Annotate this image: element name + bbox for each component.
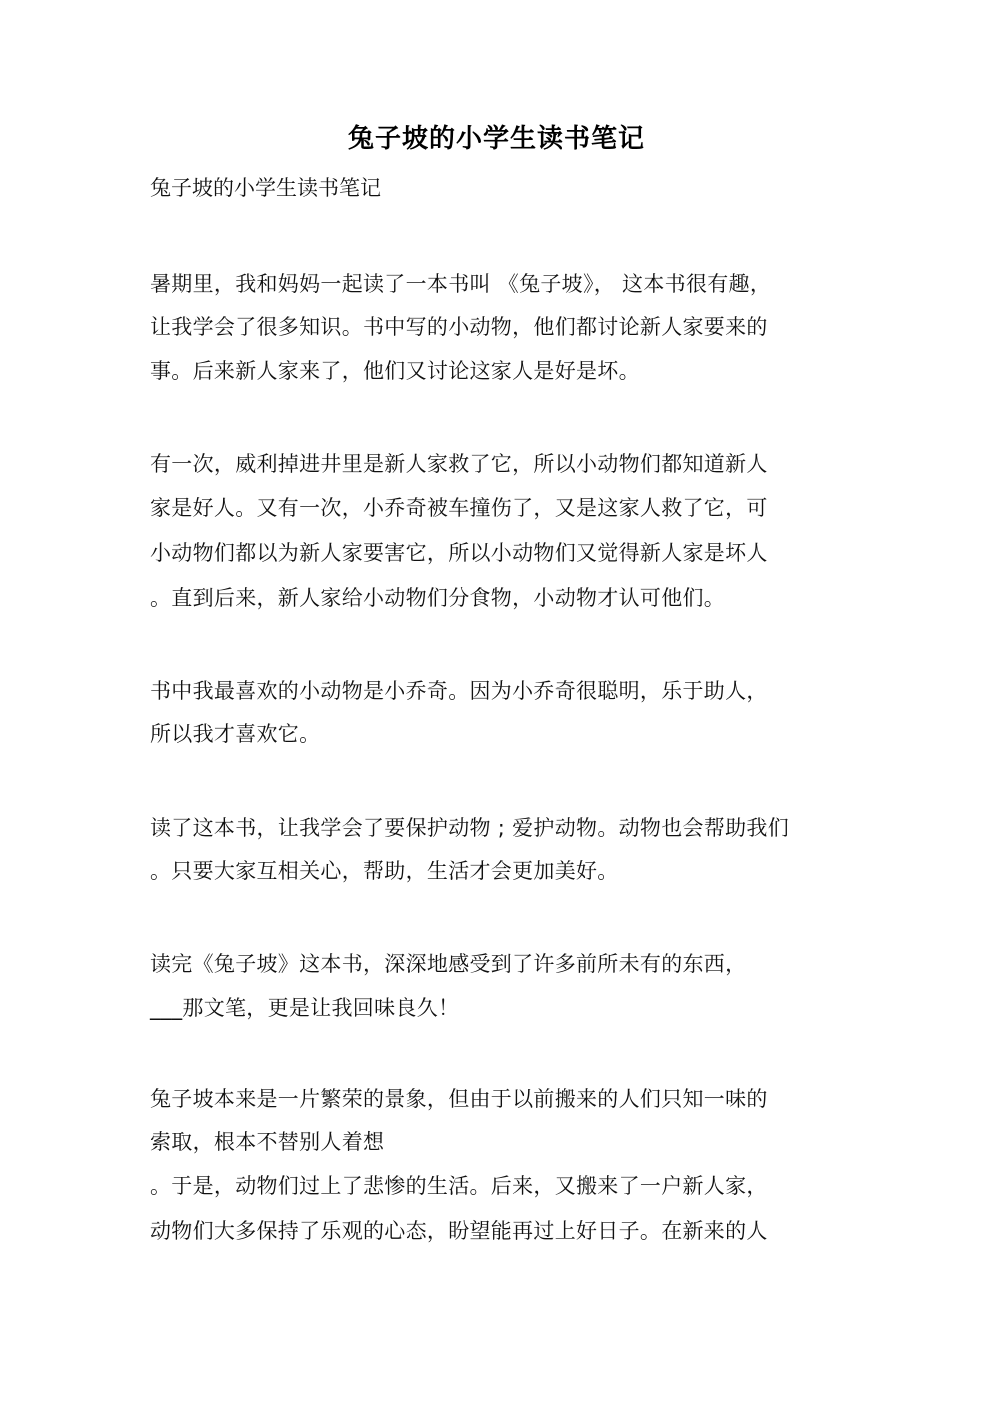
- paragraph-line: 家是好人。又有一次，小乔奇被车撞伤了，又是这家人救了它，可: [150, 492, 768, 522]
- paragraph-line: 读了这本书，让我学会了要保护动物 ; 爱护动物。动物也会帮助我们: [150, 812, 789, 842]
- paragraph-line: 书中我最喜欢的小动物是小乔奇。因为小乔奇很聪明，乐于助人，: [150, 675, 768, 705]
- paragraph-line: 让我学会了很多知识。书中写的小动物，他们都讨论新人家要来的: [150, 311, 768, 341]
- paragraph-line: 索取，根本不替别人着想: [150, 1126, 384, 1156]
- paragraph-line: ___那文笔，更是让我回味良久！: [150, 992, 459, 1022]
- document-title: 兔子坡的小学生读书笔记: [0, 118, 993, 155]
- paragraph-line: 兔子坡本来是一片繁荣的景象，但由于以前搬来的人们只知一味的: [150, 1083, 768, 1113]
- paragraph-line: 小动物们都以为新人家要害它，所以小动物们又觉得新人家是坏人: [150, 537, 768, 567]
- paragraph-line: 读完《兔子坡》这本书，深深地感受到了许多前所未有的东西，: [150, 948, 746, 978]
- document-subtitle: 兔子坡的小学生读书笔记: [150, 172, 381, 202]
- document-page: 兔子坡的小学生读书笔记 兔子坡的小学生读书笔记 暑期里，我和妈妈一起读了一本书叫…: [0, 0, 993, 1404]
- paragraph-line: 。直到后来，新人家给小动物们分食物，小动物才认可他们。: [150, 582, 725, 612]
- paragraph-line: 所以我才喜欢它。: [150, 718, 320, 748]
- paragraph-line: 有一次，威利掉进井里是新人家救了它，所以小动物们都知道新人: [150, 448, 768, 478]
- paragraph-line: 动物们大多保持了乐观的心态，盼望能再过上好日子。在新来的人: [150, 1215, 768, 1245]
- paragraph-line: 事。后来新人家来了，他们又讨论这家人是好是坏。: [150, 355, 640, 385]
- paragraph-line: 。于是，动物们过上了悲惨的生活。后来，又搬来了一户新人家，: [150, 1170, 768, 1200]
- paragraph-line: 暑期里，我和妈妈一起读了一本书叫 《兔子坡》， 这本书很有趣，: [150, 268, 771, 298]
- paragraph-line: 。只要大家互相关心，帮助，生活才会更加美好。: [150, 855, 619, 885]
